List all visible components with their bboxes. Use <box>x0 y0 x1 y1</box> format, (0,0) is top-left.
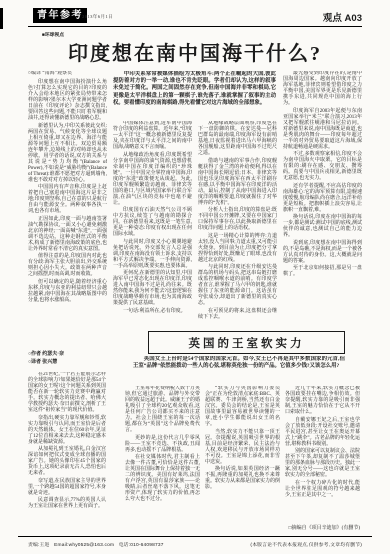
paragraph: 说到底,印度想在南中国海得到的,不是岛礁,不是海权,而是一个被各方认真对待的身份… <box>283 241 362 265</box>
paragraph: 从加冕礼到王室婚礼,白金汉宫深谙如何把仪式变成全球直播的国家广告。她的头像印在4… <box>28 447 106 477</box>
masthead-title: 青年参考 <box>37 10 83 21</box>
paragraph: 还有学者提醒,不应高估印度的南海雄心:它的海军预算有限,造舰速度缓慢,航母编队尚… <box>283 184 362 214</box>
article2-author: ○作者 约瑟夫·奈 <box>28 351 64 359</box>
article1-column-2: 中国媒体注意到,进军南中国海符合印度的利益盘算。近年来,“印度—太平洋”这一概念… <box>113 121 192 328</box>
paragraph: 中国媒体注意到,进军南中国海符合印度的利益盘算。近年来,“印度—太平洋”这一概念… <box>113 121 192 151</box>
article2-translator: ○译者 张兴慧 <box>28 359 64 367</box>
article2-byline: ○作者 约瑟夫·奈 ○译者 张兴慧 <box>28 351 64 367</box>
article2-column-2: 王室每年花费纳税人数千万英镑,但它通过旅游、品牌与外交带回的收益远超于此。威廉王… <box>125 386 200 530</box>
paragraph: 这是一场精心计算的博弈:力道太轻,没人当回事;力道太重,又可能引火烧身。到目前为… <box>198 234 277 264</box>
masthead-logo: 青年参考 <box>33 8 87 23</box>
page-edge-mark <box>0 8 3 29</box>
article2-column-4: 近几十年来,软实力概念已被各国政要挂在嘴边,争相仿效。但奈提醒,软实力靠的是吸引… <box>285 386 360 523</box>
footer-email: Email:why0525@163.com <box>54 543 114 548</box>
article2-column-3: “软实力与英国影响力委员会”正在为伦敦清点家底:BBC、英超联赛、牛津剑桥,当然… <box>205 386 280 530</box>
paragraph: 王室每年花费纳税人数千万英镑,但它通过旅游、品牌与外交带回的收益远超于此。威廉王… <box>125 386 200 434</box>
paragraph: 在一个权力碎片化的时代,能让全世界驻足围观的符号越来越少,王室正是其中之一。 <box>285 481 360 499</box>
paragraph: 印度海军自2003年起便与东南亚国家举行“米兰”联合演习,2013年又把军舰派往… <box>283 109 362 151</box>
paragraph: 自戴安娜王妃之后,王室也学会了放低身段:开设社交账号,邀请平民进宫,甚至让女王在… <box>285 418 360 448</box>
article1-column-3: 从地缘战略层面观察,印度也在下一盘防御的棋。在安达曼—尼科巴群岛的最南端,印度海… <box>198 121 277 328</box>
paragraph: 中国国内有声音称,印度是上赶着把自己塞进南中国海这片是非之地;印度则坚称,自己在… <box>28 185 107 215</box>
paragraph: 但可以确定的是,随着经济重心东移,印度与东亚的利益纽带只会越拉越紧,南中国海在其… <box>28 280 107 304</box>
section-page-label: 观点 A03 <box>323 10 362 24</box>
article2-attribution: □摘编自《项目辛迪加》(有删节) <box>285 524 360 531</box>
paragraph: 至于北京如何接招,那是另一盘棋了。 <box>283 266 362 278</box>
paragraph: 印度国有石油天然气公司不顾中方抗议,续签了与越南的勘探合同。在新德里看来,这既是… <box>113 208 192 238</box>
paragraph: 与此同时,印度又小心翼翼地避免把话说死。外交部发言人总是强调,印度在南海没有领土… <box>113 240 192 270</box>
paragraph: 更妙的是,这份代言几乎零风险——王室不竞选、不执政,丑闻再多,也动摇不了品牌根基… <box>125 436 200 454</box>
footer-disclaimer: (本版言论不代表本报观点,仅供参考,文章均有删节) <box>250 541 362 548</box>
article2-headline-box: 英国的王室软实力 <box>148 331 345 354</box>
paragraph: 奈写道,在民族国家主导的世界里,一个跨越54国的超国家符号,本身就是奇迹。 <box>28 479 106 497</box>
paragraph: 当然,软实力不能只靠一顶王冠。奈提醒说,英国吸引世界的根基,目前是经济繁荣、民主… <box>205 430 280 466</box>
header-rule <box>28 26 362 27</box>
article2-headline: 英国的王室软实力 <box>189 335 305 351</box>
paragraph: 一句话:利益所在,必有印度。 <box>113 309 192 315</box>
newspaper-page: 青年参考 2013年6月1日 观点 A03 ■环球视点 印度想在南中国海干什么?… <box>0 0 390 554</box>
paragraph: 新德里认为,中印关系彼此交织:两国在贸易、气候变化等全球议题上相互倚重,却又在边… <box>28 124 107 184</box>
article1-headline: 印度想在南中国海干什么? <box>28 37 362 66</box>
article1-column-1-text: 印度想在南中国海扮演什么角色?打算怎么实现它的目的?印度的介入会给本地区的紧张局… <box>28 80 107 304</box>
paragraph: 分析人士指出,印度的算盘是:既不同中国公开摊牌,又要在中国家门口保持军事存在,以… <box>198 208 277 232</box>
paragraph: 值得注意的是,印度国内对此也有分歧:海军主张大胆前出,外交系统则担心因小失大。政… <box>28 254 107 278</box>
article1-column-4: 最先感受到印度存在的,是南中国海周边国家。越南向印度开放了海军基地,菲律宾则希望… <box>283 71 362 328</box>
paragraph: 在可预见的将来,这盘棋还会继续下下去。 <box>198 309 277 321</box>
footer-editor: 责编:王进 <box>28 543 50 548</box>
paragraph: 更何况,在新德里的认知里,中国海军早已常态化出现在印度洋,印度进入南中国海不过是… <box>113 271 192 307</box>
paragraph: 奈指出,硬实力靠军舰和钞票,软实力靠吸引与认同,而王室恰是后者的天然载体。女王在… <box>28 416 106 446</box>
article1-byline: ○编译 “南海”观察员 <box>28 71 107 77</box>
article2-column-1: 在21世纪,一个君主能展示怎样的全球影响力?如果她恰好是那54个国家的女王呢?这… <box>28 372 106 530</box>
footer-contact: 责编:王进 Email:why0525@163.com 电话:010-64098… <box>28 541 164 548</box>
paragraph: 换句话说,如果英国经济一蹶不振,再隆重的加冕礼也换不来尊重。软实力从来都是国家实… <box>205 467 280 491</box>
paragraph: 在21世纪,一个君主能展示怎样的全球影响力?如果她恰好是那54个国家的女王呢?这… <box>28 372 106 414</box>
paragraph: 别的国家可以复制议会、法院甚至下午茶,却复制不了温莎城堡里的那条血脉与那段历史。… <box>285 449 360 479</box>
paragraph: 不过,多数观察家相信,印度不会为南中国海火中取栗。它的目标是有限的:刷存在感、交… <box>283 152 362 182</box>
paragraph: “软实力与英国影响力委员会”正在为伦敦清点家底:BBC、英超联赛、牛津剑桥,当然… <box>205 386 280 428</box>
masthead-date: 2013年6月1日 <box>82 14 113 20</box>
paragraph: 借助与越南的军事合作,印度舰艇获得了金兰湾的补给便利,得以在南中国海长期逗留;日… <box>198 159 277 207</box>
paragraph: 印度想在南中国海扮演什么角色?打算怎么实现它的目的?印度的介入会给本地区的紧张局… <box>28 80 107 122</box>
paragraph: 在社交媒体时代,君主制看上去像一件古董,可恰恰是这件古董,让英国在国际舞台上保持… <box>125 455 200 503</box>
paragraph: 民意调查显示,77%的英国人认为王室让国家在世界上更有面子。 <box>28 498 106 510</box>
paragraph: 换句话说,印度在南中国海的每一步,都是测试:测试中国的底线,测试伙伴的诚意,也测… <box>283 215 362 239</box>
paragraph: 从地缘战略层面观察,印度也在下一盘防御的棋。在安达曼—尼科巴群岛的最南端,印度海… <box>198 121 277 157</box>
article2-intro: 英国女王上台时是54个国家的国家元首。如今,女王已不再是其中多数国家的元首,但王… <box>133 356 345 382</box>
paragraph: 最先感受到印度存在的,是南中国海周边国家。越南向印度开放了海军基地,菲律宾则希望… <box>283 71 362 107</box>
footer-rule <box>18 536 372 537</box>
paragraph: 正因如此,印度一面与越南签署油气勘探协议,一面又小心避免刺激北京的神经;一面高喊… <box>28 217 107 253</box>
article1-intro: 中印关系常常被媒体描绘为太极角斗:两个正在崛起的大国,彼此提防着对方的一举一动,… <box>113 71 276 117</box>
paragraph: 与此同时,印度还在升级安达曼群岛的机场与码头,把这串岛链打磨成监控咽喉水道的前哨… <box>198 265 277 307</box>
footer-phone: 电话:010-64098737 <box>119 543 164 548</box>
article1-column-1: ○编译 “南海”观察员 印度想在南中国海扮演什么角色?打算怎么实现它的目的?印度… <box>28 71 107 328</box>
paragraph: 从地缘政治角度看,印度既希望分享南中国海的油气资源,也想借机牵制中国在印度洋编织… <box>113 153 192 207</box>
paragraph: 近几十年来,软实力概念已被各国政要挂在嘴边,争相仿效。但奈提醒,软实力靠的是吸引… <box>285 386 360 416</box>
